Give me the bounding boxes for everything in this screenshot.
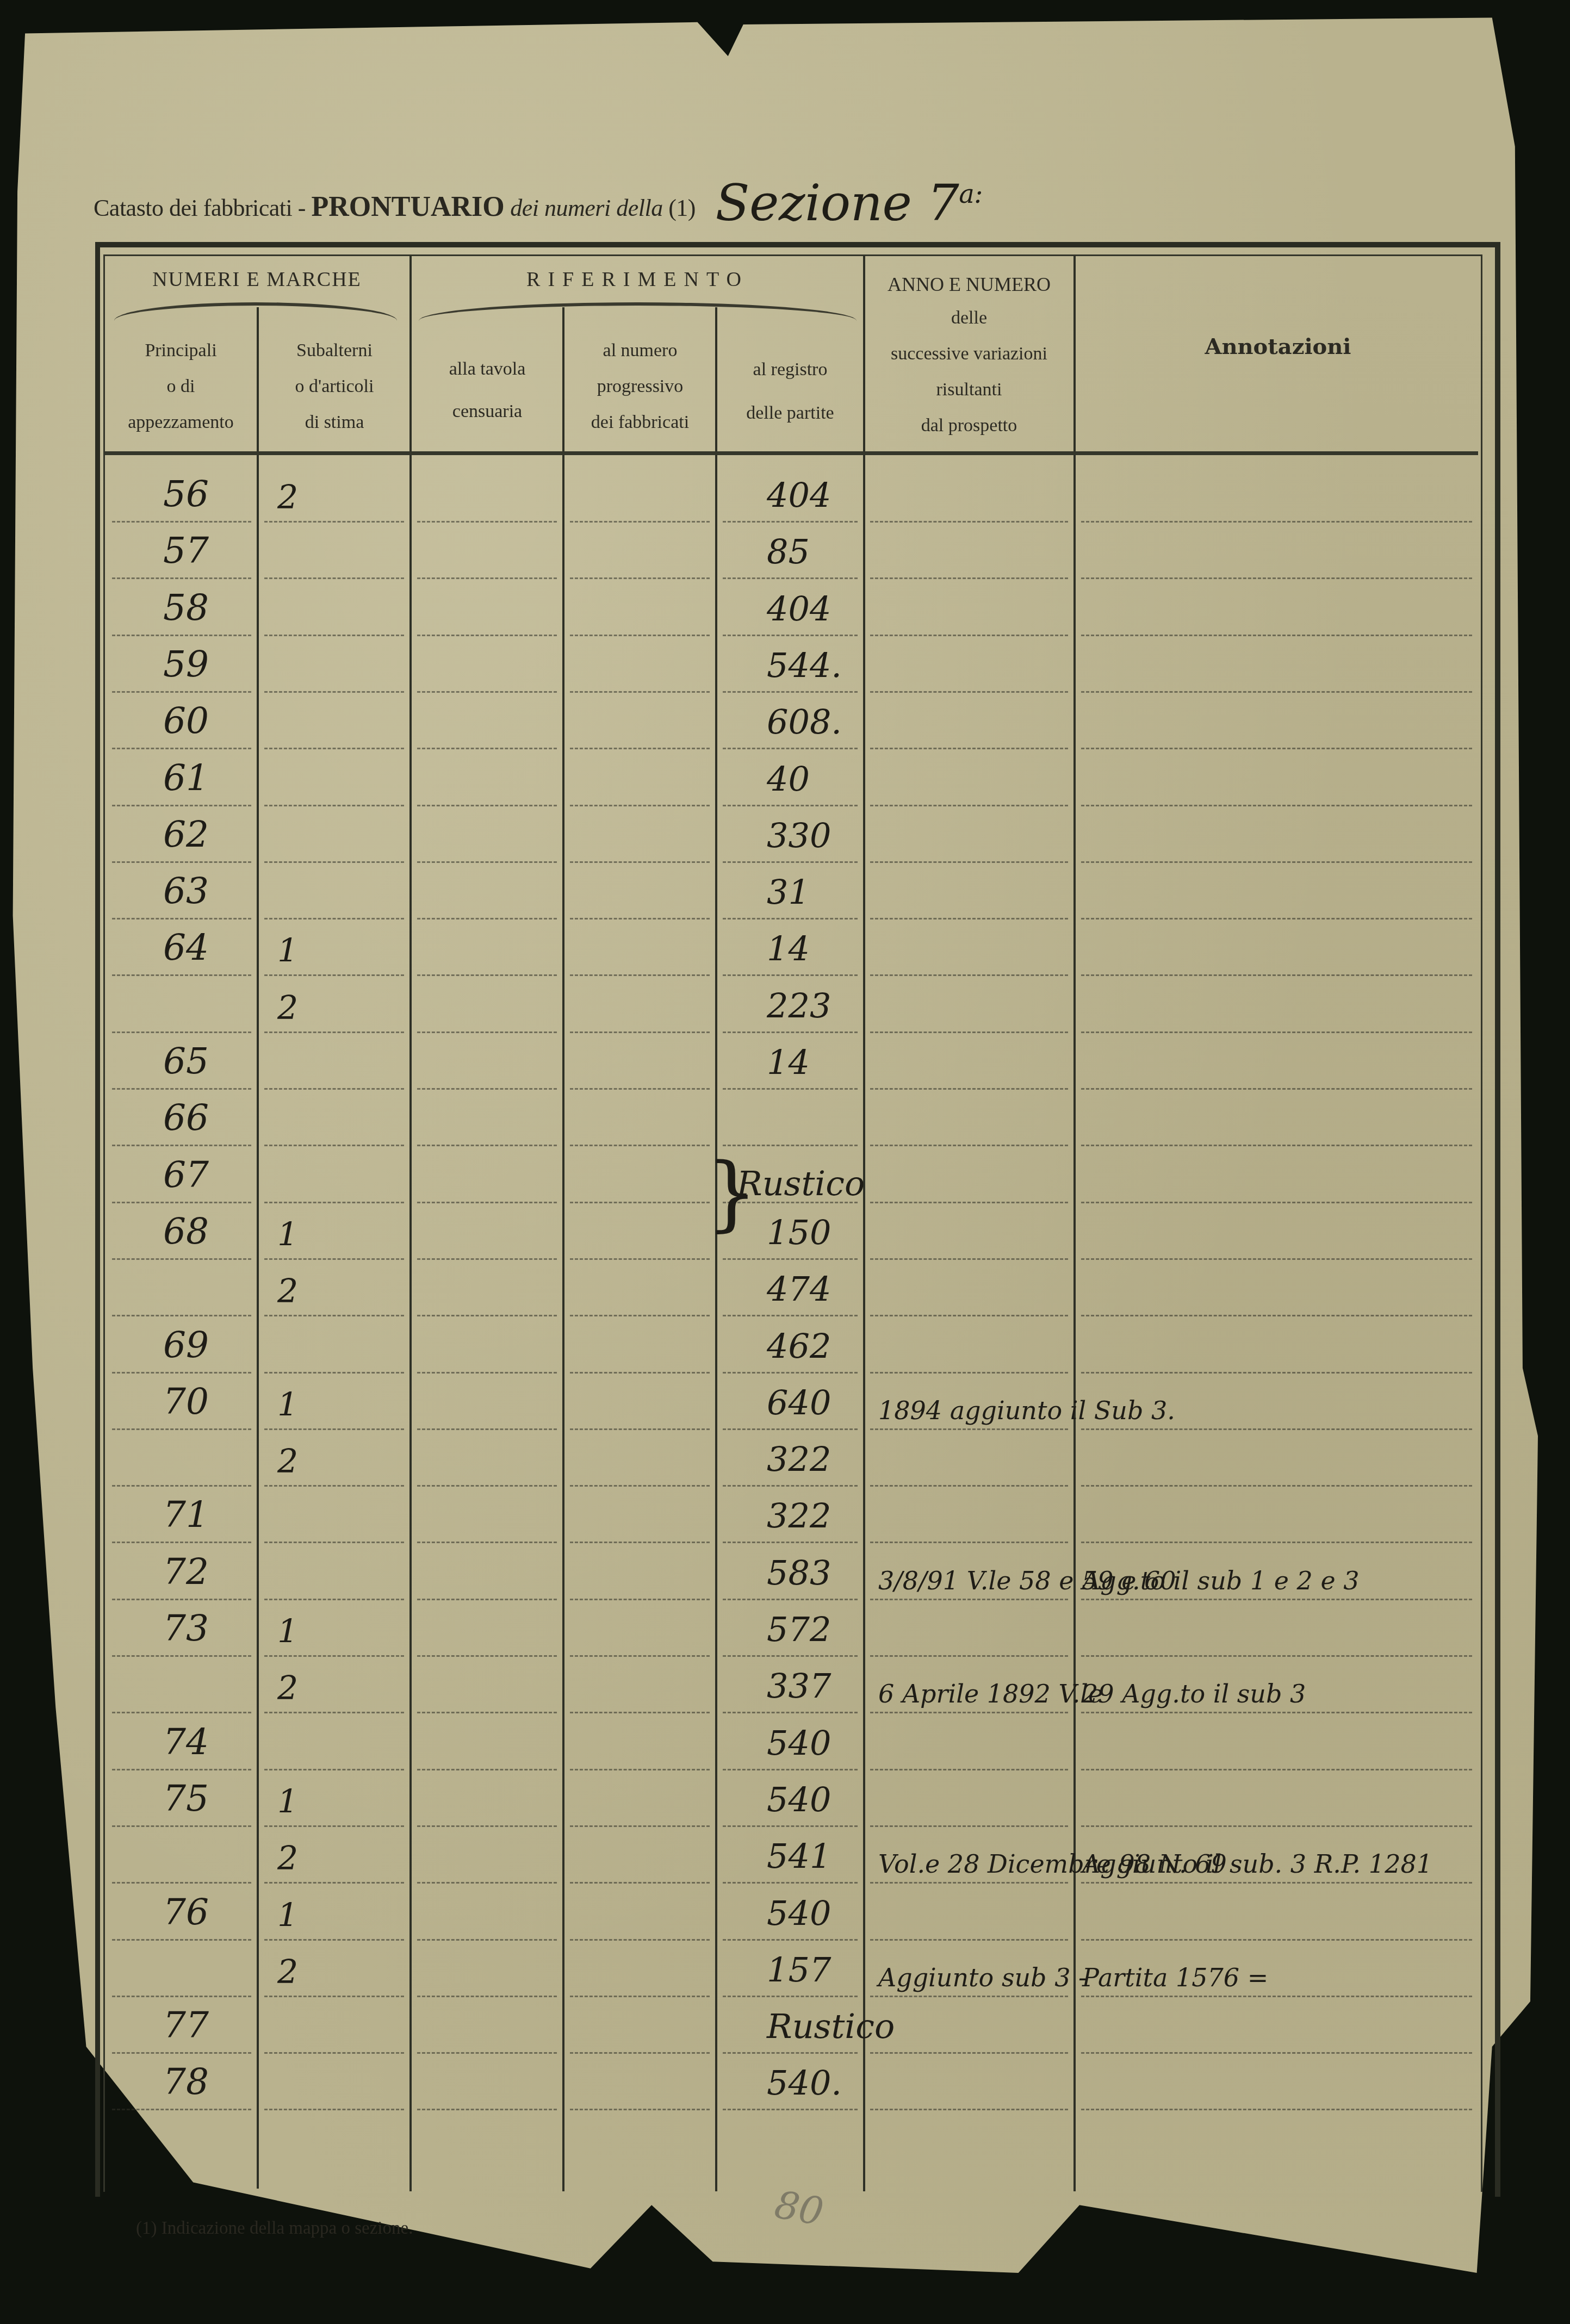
row-rule	[870, 1145, 1068, 1146]
cell-principale: 67	[163, 1154, 209, 1196]
row-rule	[723, 1769, 858, 1770]
cell-registro: 14	[767, 1042, 810, 1082]
row-rule	[1081, 861, 1472, 863]
row-rule	[264, 1769, 404, 1770]
cell-registro: 404	[767, 589, 831, 629]
row-rule	[723, 1939, 858, 1941]
row-rule	[112, 1769, 251, 1770]
cell-subalterno: 2	[277, 479, 298, 517]
row-rule	[417, 918, 557, 919]
row-rule	[723, 1882, 858, 1884]
cell-registro: 544.	[767, 645, 842, 685]
cell-registro: 608.	[767, 702, 842, 742]
header-riferimento: RIFERIMENTO	[413, 266, 862, 293]
header-numero-line-2: progressivo	[566, 369, 715, 405]
cell-principale: 76	[163, 1891, 209, 1933]
cell-registro: 540.	[767, 2063, 842, 2103]
row-rule	[1081, 918, 1472, 919]
row-rule	[570, 1599, 710, 1600]
row-rule	[112, 2052, 251, 2054]
row-rule	[417, 1542, 557, 1543]
row-rule	[870, 521, 1068, 523]
row-rule	[570, 1542, 710, 1543]
row-rule	[723, 1599, 858, 1600]
row-rule	[570, 1315, 710, 1316]
row-rule	[570, 1258, 710, 1260]
cell-principale: 62	[163, 813, 209, 855]
row-rule	[112, 1939, 251, 1941]
divider-tavola-numero	[562, 307, 564, 2191]
row-rule	[723, 635, 858, 636]
header-principali: Principali o di appezzamento	[106, 333, 256, 440]
cell-registro: 541	[767, 1836, 831, 1876]
row-rule	[870, 1258, 1068, 1260]
row-rule	[723, 974, 858, 976]
row-rule	[112, 918, 251, 919]
row-rule	[417, 1769, 557, 1770]
row-rule	[723, 861, 858, 863]
row-rule	[570, 1655, 710, 1657]
cell-principale: 63	[163, 870, 209, 912]
cell-variazione: 1894 aggiunto il Sub 3.	[878, 1396, 1175, 1425]
cell-principale: 61	[163, 757, 209, 799]
row-rule	[112, 1315, 251, 1316]
row-rule	[417, 1258, 557, 1260]
cell-principale: 75	[163, 1778, 209, 1819]
row-rule	[870, 1655, 1068, 1657]
row-rule	[570, 1712, 710, 1713]
row-rule	[1081, 1088, 1472, 1090]
cell-registro: 31	[767, 872, 810, 912]
row-rule	[264, 1485, 404, 1487]
row-rule	[723, 1825, 858, 1827]
row-rule	[870, 1031, 1068, 1033]
row-rule	[870, 1599, 1068, 1600]
header-registro-line-2: delle partite	[718, 392, 862, 435]
row-rule	[870, 2052, 1068, 2054]
row-rule	[570, 974, 710, 976]
bracket-note: Rustico	[737, 1164, 865, 1203]
row-rule	[264, 1882, 404, 1884]
row-rule	[1081, 748, 1472, 749]
cell-principale: 72	[163, 1551, 209, 1593]
cell-subalterno: 2	[277, 1840, 298, 1878]
row-rule	[417, 1599, 557, 1600]
cell-registro: 462	[767, 1326, 831, 1366]
row-rule	[870, 1088, 1068, 1090]
cell-registro: 474	[767, 1269, 831, 1309]
cell-principale: 74	[163, 1721, 209, 1763]
row-rule	[112, 635, 251, 636]
cell-subalterno: 2	[277, 1669, 298, 1707]
cell-registro: 640	[767, 1383, 831, 1422]
row-rule	[1081, 577, 1472, 579]
row-rule	[723, 1655, 858, 1657]
row-rule	[112, 1542, 251, 1543]
row-rule	[723, 1031, 858, 1033]
row-rule	[870, 918, 1068, 919]
row-rule	[264, 918, 404, 919]
row-rule	[570, 1825, 710, 1827]
row-rule	[264, 691, 404, 693]
cell-subalterno: 1	[277, 1613, 298, 1651]
row-rule	[112, 748, 251, 749]
cell-subalterno: 1	[277, 1783, 298, 1821]
row-rule	[264, 1428, 404, 1430]
cell-principale: 57	[163, 530, 209, 571]
cell-annotazione: Aggiunto il sub. 3 R.P. 1281	[1082, 1849, 1432, 1879]
row-rule	[723, 2052, 858, 2054]
divider-registro-anno	[863, 256, 865, 2191]
cell-principale: 58	[163, 587, 209, 629]
header-principali-line-1: Principali	[106, 333, 256, 369]
cell-registro: 322	[767, 1439, 831, 1479]
row-rule	[570, 748, 710, 749]
row-rule	[112, 1372, 251, 1374]
row-rule	[1081, 1996, 1472, 1997]
row-rule	[417, 691, 557, 693]
row-rule	[870, 2109, 1068, 2110]
cell-variazione: 6 Aprile 1892 V.le	[878, 1679, 1103, 1708]
row-rule	[417, 805, 557, 806]
divider-anno-annotazioni	[1073, 256, 1076, 2191]
row-rule	[264, 974, 404, 976]
cell-registro: 150	[767, 1213, 831, 1252]
row-rule	[1081, 1939, 1472, 1941]
header-numero-line-3: dei fabbricati	[566, 405, 715, 440]
title-bold: PRONTUARIO	[311, 191, 504, 222]
row-rule	[723, 748, 858, 749]
row-rule	[570, 1939, 710, 1941]
row-rule	[112, 1145, 251, 1146]
header-anno-line-1: ANNO E NUMERO	[866, 269, 1072, 300]
row-rule	[417, 1428, 557, 1430]
row-rule	[264, 1372, 404, 1374]
page-title: Catasto dei fabbricati - PRONTUARIO dei …	[94, 170, 983, 228]
row-rule	[264, 1145, 404, 1146]
row-rule	[723, 1996, 858, 1997]
cell-subalterno: 2	[277, 1272, 298, 1310]
cell-registro: 40	[767, 759, 810, 799]
pencil-mark: 80	[772, 2182, 827, 2234]
row-rule	[264, 1202, 404, 1203]
cell-annotazione: 29 Agg.to il sub 3	[1082, 1679, 1306, 1708]
row-rule	[870, 577, 1068, 579]
cell-subalterno: 2	[277, 1953, 298, 1991]
cell-subalterno: 1	[277, 1386, 298, 1424]
row-rule	[112, 861, 251, 863]
row-rule	[870, 635, 1068, 636]
cell-registro: 540	[767, 1780, 831, 1819]
header-subalterni-line-3: di stima	[260, 405, 409, 440]
row-rule	[870, 805, 1068, 806]
row-rule	[112, 2109, 251, 2110]
row-rule	[112, 577, 251, 579]
row-rule	[1081, 2052, 1472, 2054]
cell-principale: 66	[163, 1097, 209, 1139]
header-anno-line-4: risultanti	[866, 372, 1072, 408]
row-rule	[264, 2052, 404, 2054]
row-rule	[570, 1996, 710, 1997]
row-rule	[870, 1939, 1068, 1941]
cell-principale: 70	[163, 1381, 209, 1422]
row-rule	[264, 805, 404, 806]
row-rule	[417, 1372, 557, 1374]
title-footnote-marker: (1)	[668, 195, 696, 221]
row-rule	[264, 861, 404, 863]
title-prefix: Catasto dei fabbricati -	[94, 195, 306, 221]
row-rule	[417, 1655, 557, 1657]
row-rule	[1081, 691, 1472, 693]
row-rule	[570, 1428, 710, 1430]
row-rule	[112, 974, 251, 976]
cell-subalterno: 2	[277, 989, 298, 1027]
header-numero-progressivo: al numero progressivo dei fabbricati	[566, 333, 715, 440]
row-rule	[870, 1372, 1068, 1374]
cell-annotazione: Agg.to il sub 1 e 2 e 3	[1082, 1566, 1360, 1595]
header-bottom-rule	[104, 451, 1478, 455]
cell-registro: 572	[767, 1610, 831, 1649]
cell-principale: 71	[163, 1494, 209, 1536]
row-rule	[1081, 1769, 1472, 1770]
row-rule	[1081, 635, 1472, 636]
row-rule	[870, 1996, 1068, 1997]
row-rule	[112, 1428, 251, 1430]
cell-principale: 68	[163, 1210, 209, 1252]
cell-variazione: Aggiunto sub 3 -	[878, 1963, 1087, 1992]
row-rule	[870, 1428, 1068, 1430]
row-rule	[112, 1031, 251, 1033]
header-anno-line-2: delle	[866, 300, 1072, 336]
row-rule	[417, 2052, 557, 2054]
row-rule	[417, 635, 557, 636]
cell-subalterno: 1	[277, 1897, 298, 1935]
cell-subalterno: 2	[277, 1443, 298, 1481]
row-rule	[264, 635, 404, 636]
row-rule	[417, 1145, 557, 1146]
row-rule	[1081, 1031, 1472, 1033]
row-rule	[264, 521, 404, 523]
row-rule	[264, 1939, 404, 1941]
row-rule	[723, 918, 858, 919]
row-rule	[1081, 1712, 1472, 1713]
row-rule	[112, 1882, 251, 1884]
cell-registro: 540	[767, 1723, 831, 1763]
row-rule	[417, 1825, 557, 1827]
row-rule	[112, 1485, 251, 1487]
row-rule	[112, 1655, 251, 1657]
header-subalterni-line-1: Subalterni	[260, 333, 409, 369]
row-rule	[264, 1542, 404, 1543]
row-rule	[417, 1712, 557, 1713]
header-tavola-line-2: censuaria	[413, 390, 562, 433]
row-rule	[1081, 1542, 1472, 1543]
header-registro: al registro delle partite	[718, 348, 862, 435]
header-anno-line-5: dal prospetto	[866, 408, 1072, 444]
cell-annotazione: Partita 1576 =	[1082, 1963, 1268, 1992]
row-rule	[723, 805, 858, 806]
header-registro-line-1: al registro	[718, 348, 862, 392]
row-rule	[112, 1712, 251, 1713]
row-rule	[264, 1031, 404, 1033]
row-rule	[112, 1599, 251, 1600]
row-rule	[1081, 805, 1472, 806]
row-rule	[570, 1769, 710, 1770]
row-rule	[870, 748, 1068, 749]
row-rule	[1081, 1258, 1472, 1260]
row-rule	[112, 1996, 251, 1997]
row-rule	[723, 577, 858, 579]
row-rule	[112, 1202, 251, 1203]
row-rule	[264, 1825, 404, 1827]
row-rule	[870, 1315, 1068, 1316]
cell-principale: 56	[163, 473, 209, 515]
cell-registro: 223	[767, 986, 831, 1026]
title-italic: dei numeri della	[510, 195, 662, 221]
row-rule	[417, 1031, 557, 1033]
row-rule	[1081, 974, 1472, 976]
row-rule	[417, 2109, 557, 2110]
row-rule	[112, 805, 251, 806]
row-rule	[1081, 1599, 1472, 1600]
cell-subalterno: 1	[277, 932, 298, 970]
row-rule	[112, 691, 251, 693]
section-superscript: a:	[959, 179, 983, 209]
cell-registro: 157	[767, 1950, 831, 1990]
row-rule	[870, 974, 1068, 976]
row-rule	[264, 1315, 404, 1316]
row-rule	[264, 1088, 404, 1090]
cell-registro: Rustico	[767, 2006, 895, 2046]
cell-principale: 69	[163, 1324, 209, 1366]
header-subalterni: Subalterni o d'articoli di stima	[260, 333, 409, 440]
row-rule	[112, 1258, 251, 1260]
row-rule	[870, 1542, 1068, 1543]
row-rule	[1081, 1372, 1472, 1374]
row-rule	[570, 1485, 710, 1487]
row-rule	[570, 918, 710, 919]
row-rule	[723, 691, 858, 693]
divider-principali-subalterni	[257, 307, 259, 2189]
cell-principale: 77	[163, 2004, 209, 2046]
row-rule	[417, 1485, 557, 1487]
row-rule	[870, 691, 1068, 693]
header-principali-line-2: o di	[106, 369, 256, 405]
header-tavola: alla tavola censuaria	[413, 348, 562, 433]
row-rule	[1081, 1882, 1472, 1884]
row-rule	[570, 691, 710, 693]
row-rule	[570, 577, 710, 579]
row-rule	[417, 521, 557, 523]
cell-principale: 64	[163, 927, 209, 968]
row-rule	[570, 1031, 710, 1033]
header-annotazioni: Annotazioni	[1077, 334, 1479, 360]
section-value: Sezione 7	[716, 174, 959, 232]
row-rule	[723, 1485, 858, 1487]
header-numero-line-1: al numero	[566, 333, 715, 369]
footnote: (1) Indicazione della mappa o sezione.	[136, 2219, 413, 2239]
row-rule	[1081, 2109, 1472, 2110]
row-rule	[264, 1996, 404, 1997]
row-rule	[417, 748, 557, 749]
row-rule	[870, 1202, 1068, 1203]
row-rule	[723, 1088, 858, 1090]
row-rule	[417, 1202, 557, 1203]
row-rule	[570, 861, 710, 863]
row-rule	[112, 521, 251, 523]
row-rule	[417, 1315, 557, 1316]
row-rule	[723, 1712, 858, 1713]
row-rule	[570, 1145, 710, 1146]
divider-numero-registro	[715, 307, 717, 2191]
cell-registro: 85	[767, 532, 810, 571]
row-rule	[870, 1825, 1068, 1827]
row-rule	[570, 1088, 710, 1090]
row-rule	[723, 1372, 858, 1374]
row-rule	[570, 635, 710, 636]
row-rule	[1081, 521, 1472, 523]
row-rule	[1081, 1145, 1472, 1146]
header-numeri-e-marche: NUMERI E MARCHE	[106, 266, 408, 293]
header-tavola-line-1: alla tavola	[413, 348, 562, 390]
row-rule	[570, 1202, 710, 1203]
header-anno-e-numero: ANNO E NUMERO delle successive variazion…	[866, 269, 1072, 444]
row-rule	[1081, 1202, 1472, 1203]
row-rule	[570, 1882, 710, 1884]
row-rule	[264, 748, 404, 749]
row-rule	[870, 1712, 1068, 1713]
row-rule	[417, 577, 557, 579]
row-rule	[264, 2109, 404, 2110]
cell-principale: 73	[163, 1607, 209, 1649]
row-rule	[870, 1882, 1068, 1884]
row-rule	[1081, 1485, 1472, 1487]
cell-registro: 14	[767, 929, 810, 968]
cell-registro: 337	[767, 1666, 831, 1706]
row-rule	[723, 1258, 858, 1260]
cell-registro: 322	[767, 1496, 831, 1536]
header-subalterni-line-2: o d'articoli	[260, 369, 409, 405]
row-rule	[723, 1315, 858, 1316]
row-rule	[723, 2109, 858, 2110]
cell-principale: 60	[163, 700, 209, 742]
row-rule	[1081, 1825, 1472, 1827]
header-anno-line-3: successive variazioni	[866, 336, 1072, 372]
row-rule	[417, 1939, 557, 1941]
cell-principale: 59	[163, 643, 209, 685]
row-rule	[417, 1882, 557, 1884]
row-rule	[723, 1542, 858, 1543]
row-rule	[1081, 1315, 1472, 1316]
row-rule	[112, 1088, 251, 1090]
cell-subalterno: 1	[277, 1216, 298, 1254]
row-rule	[870, 1769, 1068, 1770]
row-rule	[570, 1372, 710, 1374]
row-rule	[570, 2052, 710, 2054]
row-rule	[264, 1599, 404, 1600]
row-rule	[870, 1485, 1068, 1487]
cell-registro: 330	[767, 816, 831, 855]
cell-registro: 540	[767, 1893, 831, 1933]
row-rule	[570, 805, 710, 806]
row-rule	[112, 1825, 251, 1827]
row-rule	[264, 577, 404, 579]
divider-numeri-riferimento	[409, 256, 412, 2191]
cell-registro: 404	[767, 475, 831, 515]
row-rule	[417, 974, 557, 976]
row-rule	[570, 2109, 710, 2110]
row-rule	[264, 1712, 404, 1713]
